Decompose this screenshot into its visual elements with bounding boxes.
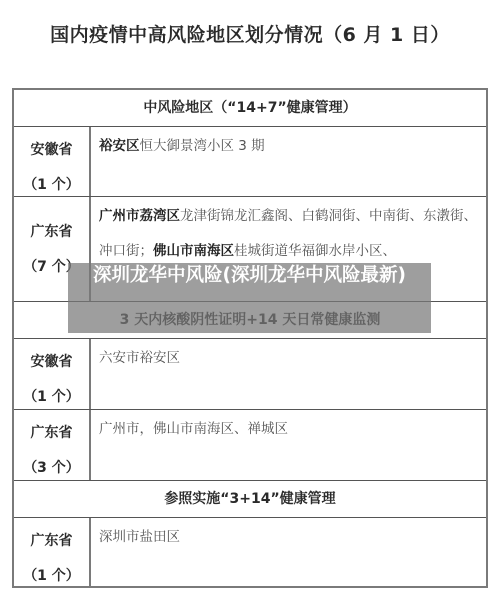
areas-cell: 裕安区恒大御景湾小区 3 期 [91, 127, 486, 196]
areas-cell: 广州市，佛山市南海区、禅城区 [91, 410, 486, 480]
caption-overlay-text: 深圳龙华中风险(深圳龙华中风险最新) [68, 264, 431, 288]
table-row: 广东省 （3 个） 广州市，佛山市南海区、禅城区 [14, 410, 486, 481]
table-row: 安徽省 （1 个） 六安市裕安区 [14, 339, 486, 410]
area-bold: 裕安区 [99, 138, 140, 154]
area-bold: 佛山市南海区 [153, 243, 234, 259]
risk-area-table: 中风险地区（“14+7”健康管理） 安徽省 （1 个） 裕安区恒大御景湾小区 3… [12, 88, 488, 588]
area-text: 桂城街道华福御水岸小区、 [234, 243, 396, 259]
province-name: 广东省 [14, 420, 89, 455]
province-cell: 广东省 （1 个） [14, 518, 91, 586]
province-cell: 安徽省 （1 个） [14, 339, 91, 409]
province-name: 安徽省 [14, 137, 89, 172]
areas-cell: 六安市裕安区 [91, 339, 486, 409]
province-cell: 广东省 （3 个） [14, 410, 91, 480]
table-row: 安徽省 （1 个） 裕安区恒大御景湾小区 3 期 [14, 127, 486, 197]
page-title: 国内疫情中高风险地区划分情况（6 月 1 日） [0, 20, 500, 47]
province-name: 广东省 [14, 219, 89, 254]
province-count: （1 个） [14, 563, 89, 593]
section-header-medium-risk: 中风险地区（“14+7”健康管理） [14, 90, 486, 127]
table-row: 广东省 （1 个） 深圳市盐田区 [14, 518, 486, 586]
areas-cell: 深圳市盐田区 [91, 518, 486, 586]
area-text: 恒大御景湾小区 3 期 [140, 138, 265, 154]
area-bold: 广州市荔湾区 [99, 208, 180, 224]
province-name: 安徽省 [14, 349, 89, 384]
province-name: 广东省 [14, 528, 89, 563]
province-cell: 安徽省 （1 个） [14, 127, 91, 196]
province-count: （3 个） [14, 455, 89, 490]
